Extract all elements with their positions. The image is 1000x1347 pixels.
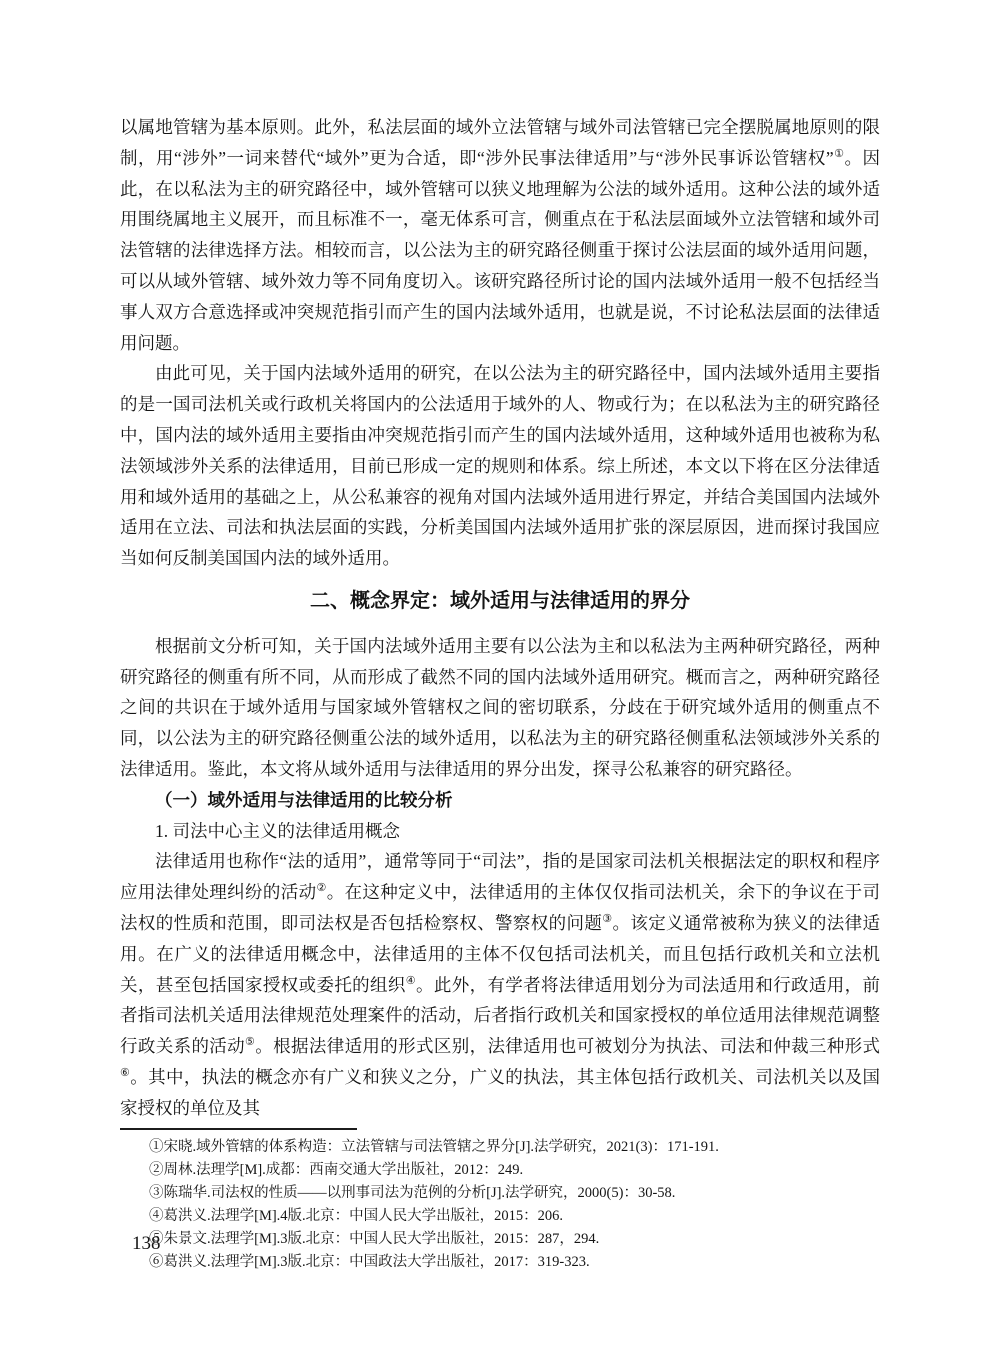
footnote-marker: ⑥	[120, 1067, 130, 1079]
paragraph-section-intro: 根据前文分析可知，关于国内法域外适用主要有以公法为主和以私法为主两种研究路径，两…	[120, 631, 880, 785]
footnote-3: ③陈瑞华.司法权的性质——以刑事司法为范例的分析[J].法学研究，2000(5)…	[120, 1182, 880, 1205]
paper-page: 以属地管辖为基本原则。此外，私法层面的域外立法管辖与域外司法管辖已完全摆脱属地原…	[0, 0, 1000, 1347]
footnote-marker: ①	[834, 148, 845, 160]
subsection-heading: （一）域外适用与法律适用的比较分析	[120, 785, 880, 816]
footnote-1: ①宋晓.域外管辖的体系构造：立法管辖与司法管辖之界分[J].法学研究，2021(…	[120, 1136, 880, 1159]
section-heading: 二、概念界定：域外适用与法律适用的界分	[120, 586, 880, 617]
footnote-marker: ⑤	[245, 1036, 255, 1048]
page-content: 以属地管辖为基本原则。此外，私法层面的域外立法管辖与域外司法管辖已完全摆脱属地原…	[120, 112, 880, 1274]
footnote-4: ④葛洪义.法理学[M].4版.北京：中国人民大学出版社，2015：206.	[120, 1205, 880, 1228]
footnote-marker: ②	[316, 882, 326, 894]
paragraph-legal-application: 法律适用也称作“法的适用”，通常等同于“司法”，指的是国家司法机关根据法定的职权…	[120, 846, 880, 1123]
footnote-6: ⑥葛洪义.法理学[M].3版.北京：中国政法大学出版社，2017：319-323…	[120, 1251, 880, 1274]
page-number: 138	[132, 1232, 161, 1256]
footnote-separator	[120, 1128, 357, 1130]
footnote-marker: ③	[602, 913, 612, 925]
paragraph-overview: 由此可见，关于国内法域外适用的研究，在以公法为主的研究路径中，国内法域外适用主要…	[120, 358, 880, 574]
footnotes-block: ①宋晓.域外管辖的体系构造：立法管辖与司法管辖之界分[J].法学研究，2021(…	[120, 1136, 880, 1274]
paragraph-continuation: 以属地管辖为基本原则。此外，私法层面的域外立法管辖与域外司法管辖已完全摆脱属地原…	[120, 112, 880, 358]
item-heading: 1. 司法中心主义的法律适用概念	[120, 816, 880, 847]
footnote-marker: ④	[406, 975, 416, 987]
footnote-5: ⑤朱景文.法理学[M].3版.北京：中国人民大学出版社，2015：287，294…	[120, 1228, 880, 1251]
footnote-2: ②周林.法理学[M].成都：西南交通大学出版社，2012：249.	[120, 1159, 880, 1182]
